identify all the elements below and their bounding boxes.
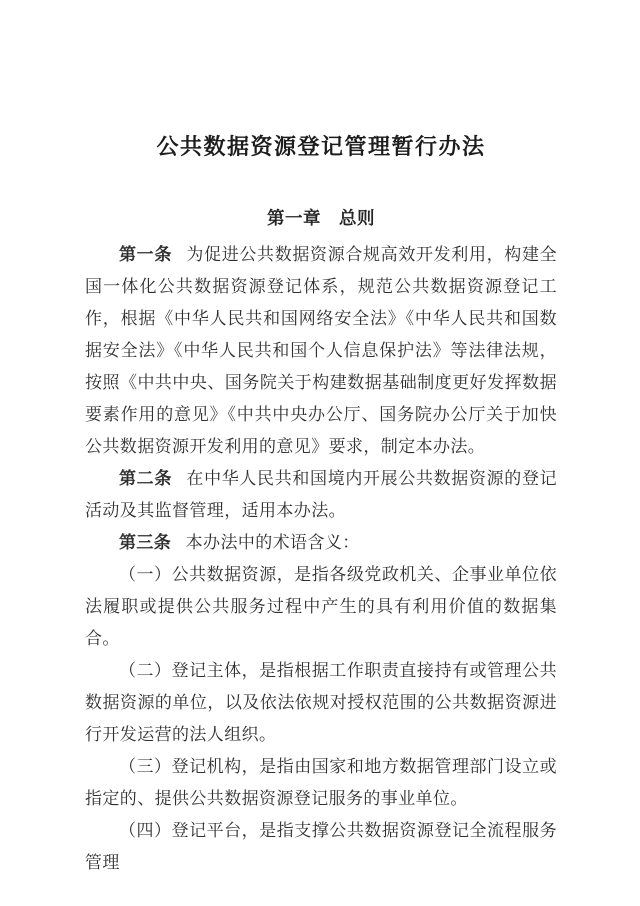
paragraph-text: 为促进公共数据资源合规高效开发利用，构建全国一体化公共数据资源登记体系，规范公共… (85, 245, 557, 456)
paragraph: （三）登记机构，是指由国家和地方数据管理部门设立或指定的、提供公共数据资源登记服… (85, 751, 557, 815)
document-title: 公共数据资源登记管理暂行办法 (85, 0, 557, 163)
paragraph-text: 本办法中的术语含义： (186, 533, 360, 552)
paragraph-text: （一）公共数据资源，是指各级党政机关、企事业单位依法履职或提供公共服务过程中产生… (85, 565, 557, 648)
paragraph: 第一条为促进公共数据资源合规高效开发利用，构建全国一体化公共数据资源登记体系，规… (85, 239, 557, 463)
paragraph: （二）登记主体，是指根据工作职责直接持有或管理公共数据资源的单位，以及依法依规对… (85, 655, 557, 751)
article-label: 第二条 (119, 469, 172, 488)
paragraph: （一）公共数据资源，是指各级党政机关、企事业单位依法履职或提供公共服务过程中产生… (85, 559, 557, 655)
paragraph: 第二条在中华人民共和国境内开展公共数据资源的登记活动及其监督管理，适用本办法。 (85, 463, 557, 527)
paragraph-text: （二）登记主体，是指根据工作职责直接持有或管理公共数据资源的单位，以及依法依规对… (85, 661, 557, 744)
article-label: 第一条 (119, 245, 172, 264)
paragraph: 第三条本办法中的术语含义： (85, 527, 557, 559)
document-body: 第一条为促进公共数据资源合规高效开发利用，构建全国一体化公共数据资源登记体系，规… (85, 239, 557, 879)
paragraph: （四）登记平台，是指支撑公共数据资源登记全流程服务管理 (85, 815, 557, 879)
paragraph-text: （四）登记平台，是指支撑公共数据资源登记全流程服务管理 (85, 821, 557, 872)
chapter-heading: 第一章 总则 (85, 163, 557, 231)
document-page: 公共数据资源登记管理暂行办法 第一章 总则 第一条为促进公共数据资源合规高效开发… (0, 0, 640, 906)
article-label: 第三条 (119, 533, 171, 552)
paragraph-text: （三）登记机构，是指由国家和地方数据管理部门设立或指定的、提供公共数据资源登记服… (85, 757, 557, 808)
